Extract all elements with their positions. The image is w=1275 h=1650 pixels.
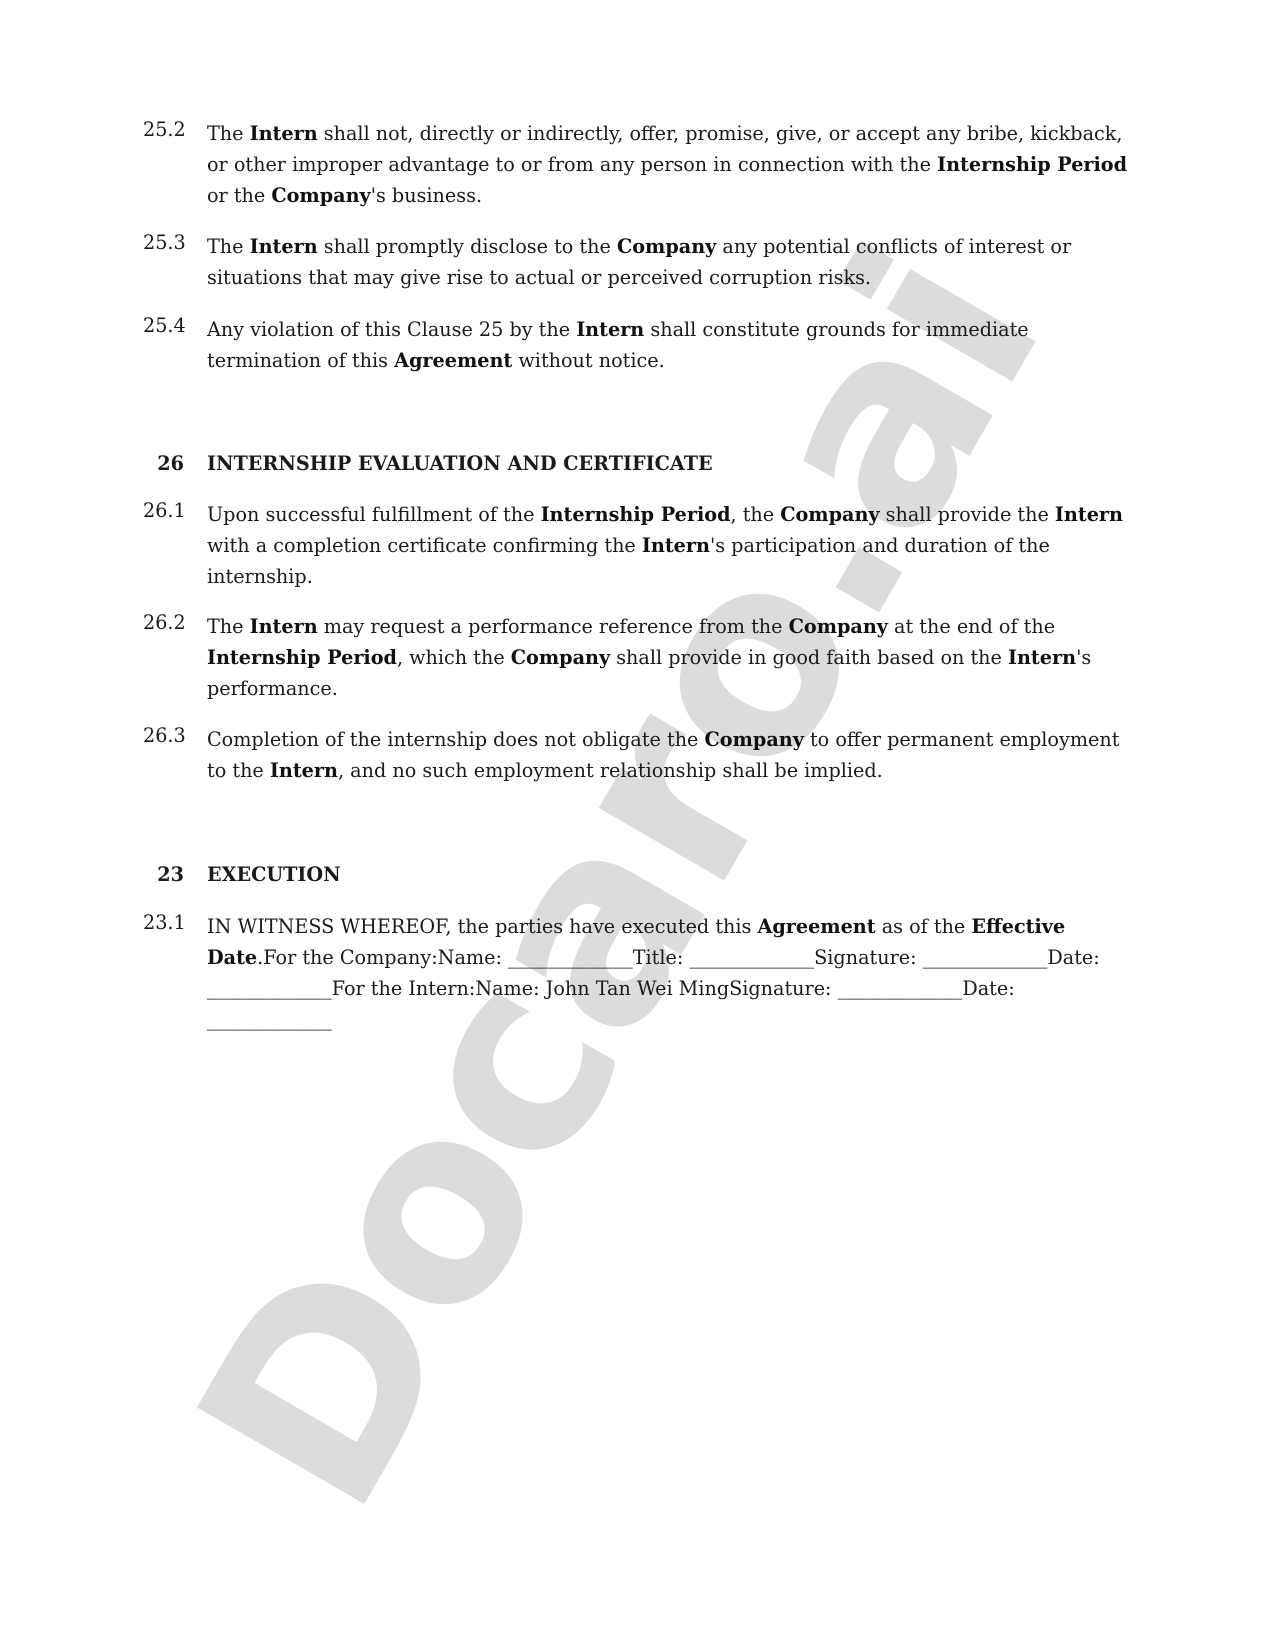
defined-term: Intern xyxy=(270,759,338,782)
defined-term: Agreement xyxy=(394,349,512,372)
defined-term: Company xyxy=(705,728,804,751)
text-run: Any violation of this Clause 25 by the xyxy=(207,318,576,341)
text-run: or the xyxy=(207,184,271,207)
defined-term: Internship Period xyxy=(541,503,731,526)
text-run: may request a performance reference from… xyxy=(318,615,789,638)
defined-term: Intern xyxy=(1055,503,1123,526)
defined-term: Intern xyxy=(250,122,318,145)
defined-term: Intern xyxy=(1008,646,1076,669)
section-heading-23: 23 EXECUTION xyxy=(143,859,1143,890)
section-title: INTERNSHIP EVALUATION AND CERTIFICATE xyxy=(207,448,1143,479)
clause-number: 26.3 xyxy=(143,724,199,747)
defined-term: Company xyxy=(511,646,610,669)
defined-term: Internship Period xyxy=(207,646,397,669)
clause-number: 25.4 xyxy=(143,314,199,337)
defined-term: Company xyxy=(617,235,716,258)
text-run: The xyxy=(207,235,250,258)
clause-25-2: 25.2 The Intern shall not, directly or i… xyxy=(143,118,1143,211)
text-run: The xyxy=(207,122,250,145)
defined-term: Intern xyxy=(642,534,710,557)
clause-23-1: 23.1 IN WITNESS WHEREOF, the parties hav… xyxy=(143,911,1143,1035)
defined-term: Intern xyxy=(250,615,318,638)
defined-term: Intern xyxy=(576,318,644,341)
text-run: without notice. xyxy=(512,349,664,372)
text-run: , and no such employment relationship sh… xyxy=(338,759,883,782)
clause-25-3: 25.3 The Intern shall promptly disclose … xyxy=(143,231,1143,293)
defined-term: Agreement xyxy=(757,915,875,938)
section-heading-26: 26 INTERNSHIP EVALUATION AND CERTIFICATE xyxy=(143,448,1143,479)
clause-text: The Intern may request a performance ref… xyxy=(207,611,1135,704)
clause-text: Upon successful fulfillment of the Inter… xyxy=(207,499,1135,592)
clause-text: The Intern shall not, directly or indire… xyxy=(207,118,1135,211)
clause-text: Completion of the internship does not ob… xyxy=(207,724,1135,786)
document-page: Docaro.ai 25.2 The Intern shall not, dir… xyxy=(0,0,1275,1650)
text-run: at the end of the xyxy=(888,615,1055,638)
section-number: 23 xyxy=(143,859,184,890)
defined-term: Intern xyxy=(250,235,318,258)
text-run: shall provide the xyxy=(880,503,1055,526)
clause-26-3: 26.3 Completion of the internship does n… xyxy=(143,724,1143,786)
clause-text: The Intern shall promptly disclose to th… xyxy=(207,231,1135,293)
text-run: , which the xyxy=(397,646,511,669)
clause-text: IN WITNESS WHEREOF, the parties have exe… xyxy=(207,911,1135,1035)
clause-text: Any violation of this Clause 25 by the I… xyxy=(207,314,1135,376)
text-run: shall provide in good faith based on the xyxy=(610,646,1008,669)
text-run: , the xyxy=(731,503,781,526)
clause-number: 25.2 xyxy=(143,118,199,141)
text-run: The xyxy=(207,615,250,638)
text-run: 's business. xyxy=(371,184,482,207)
clause-number: 23.1 xyxy=(143,911,199,934)
clause-number: 25.3 xyxy=(143,231,199,254)
text-run: Upon successful fulfillment of the xyxy=(207,503,541,526)
clause-26-1: 26.1 Upon successful fulfillment of the … xyxy=(143,499,1143,592)
defined-term: Internship Period xyxy=(937,153,1127,176)
section-title: EXECUTION xyxy=(207,859,1143,890)
text-run: as of the xyxy=(876,915,972,938)
defined-term: Company xyxy=(271,184,370,207)
defined-term: Company xyxy=(780,503,879,526)
text-run: .For the Company:Name: _____________Titl… xyxy=(207,946,1100,1031)
clause-number: 26.2 xyxy=(143,611,199,634)
text-run: IN WITNESS WHEREOF, the parties have exe… xyxy=(207,915,757,938)
clause-number: 26.1 xyxy=(143,499,199,522)
clause-25-4: 25.4 Any violation of this Clause 25 by … xyxy=(143,314,1143,376)
clause-26-2: 26.2 The Intern may request a performanc… xyxy=(143,611,1143,704)
text-run: with a completion certificate confirming… xyxy=(207,534,642,557)
text-run: Completion of the internship does not ob… xyxy=(207,728,705,751)
section-number: 26 xyxy=(143,448,184,479)
text-run: shall promptly disclose to the xyxy=(318,235,617,258)
defined-term: Company xyxy=(789,615,888,638)
